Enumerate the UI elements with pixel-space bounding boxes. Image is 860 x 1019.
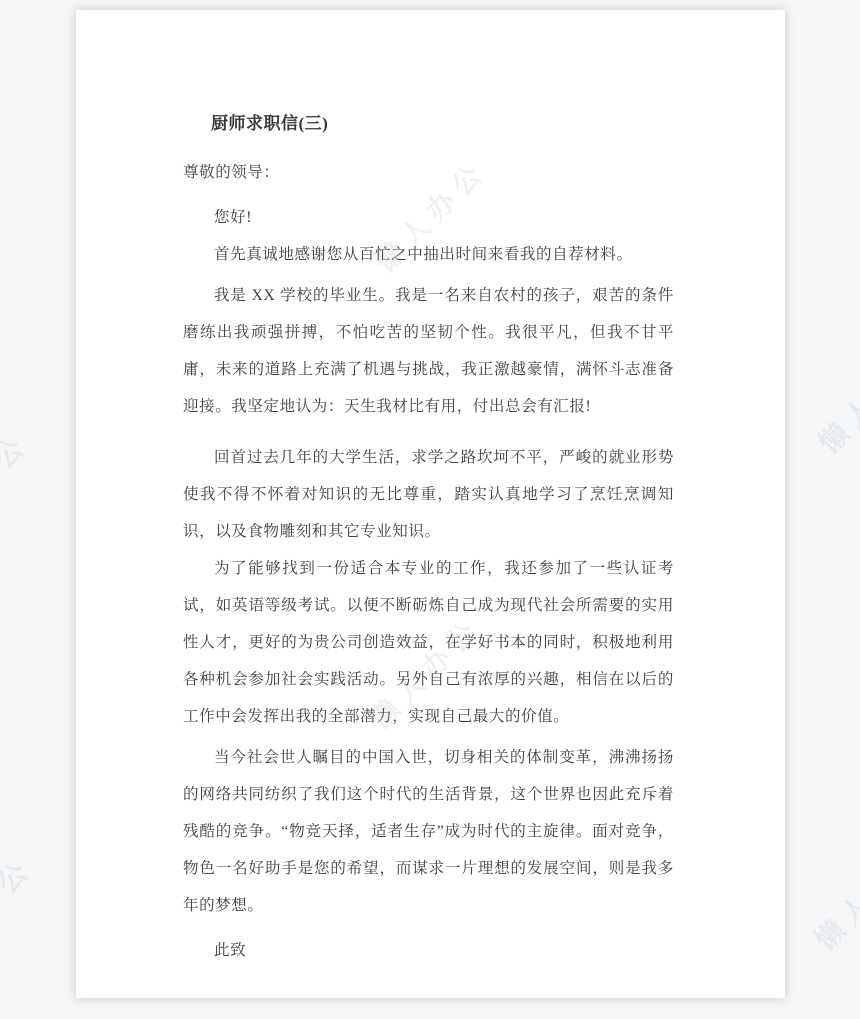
paragraph-competition: 当今社会世人瞩目的中国入世，切身相关的体制变革，沸沸扬扬的网络共同纺织了我们这个… [183,739,674,924]
watermark-text: 懒人办公 [805,828,860,958]
watermark-text: 懒人办公 [0,847,41,977]
paragraph-closing: 此致 [183,932,674,969]
paragraph-greeting: 您好! [183,199,674,236]
watermark-text: 懒人办公 [809,331,860,461]
paragraph-thanks: 首先真诚地感谢您从百忙之中抽出时间来看我的自荐材料。 [183,236,674,273]
paragraph-intro: 我是 XX 学校的毕业生。我是一名来自农村的孩子，艰苦的条件磨练出我顽强拼搏，不… [183,277,674,425]
paragraph-certificates: 为了能够找到一份适合本专业的工作，我还参加了一些认证考试，如英语等级考试。以便不… [183,550,674,735]
document-title: 厨师求职信(三) [211,110,674,138]
document-viewer-canvas: 厨师求职信(三) 尊敬的领导： 您好! 首先真诚地感谢您从百忙之中抽出时间来看我… [0,0,860,1019]
watermark-text: 懒人办公 [0,423,37,553]
document-page: 厨师求职信(三) 尊敬的领导： 您好! 首先真诚地感谢您从百忙之中抽出时间来看我… [76,10,785,998]
salutation-line: 尊敬的领导： [183,154,674,191]
document-content: 厨师求职信(三) 尊敬的领导： 您好! 首先真诚地感谢您从百忙之中抽出时间来看我… [76,10,785,969]
paragraph-study: 回首过去几年的大学生活，求学之路坎坷不平，严峻的就业形势使我不得不怀着对知识的无… [183,439,674,550]
